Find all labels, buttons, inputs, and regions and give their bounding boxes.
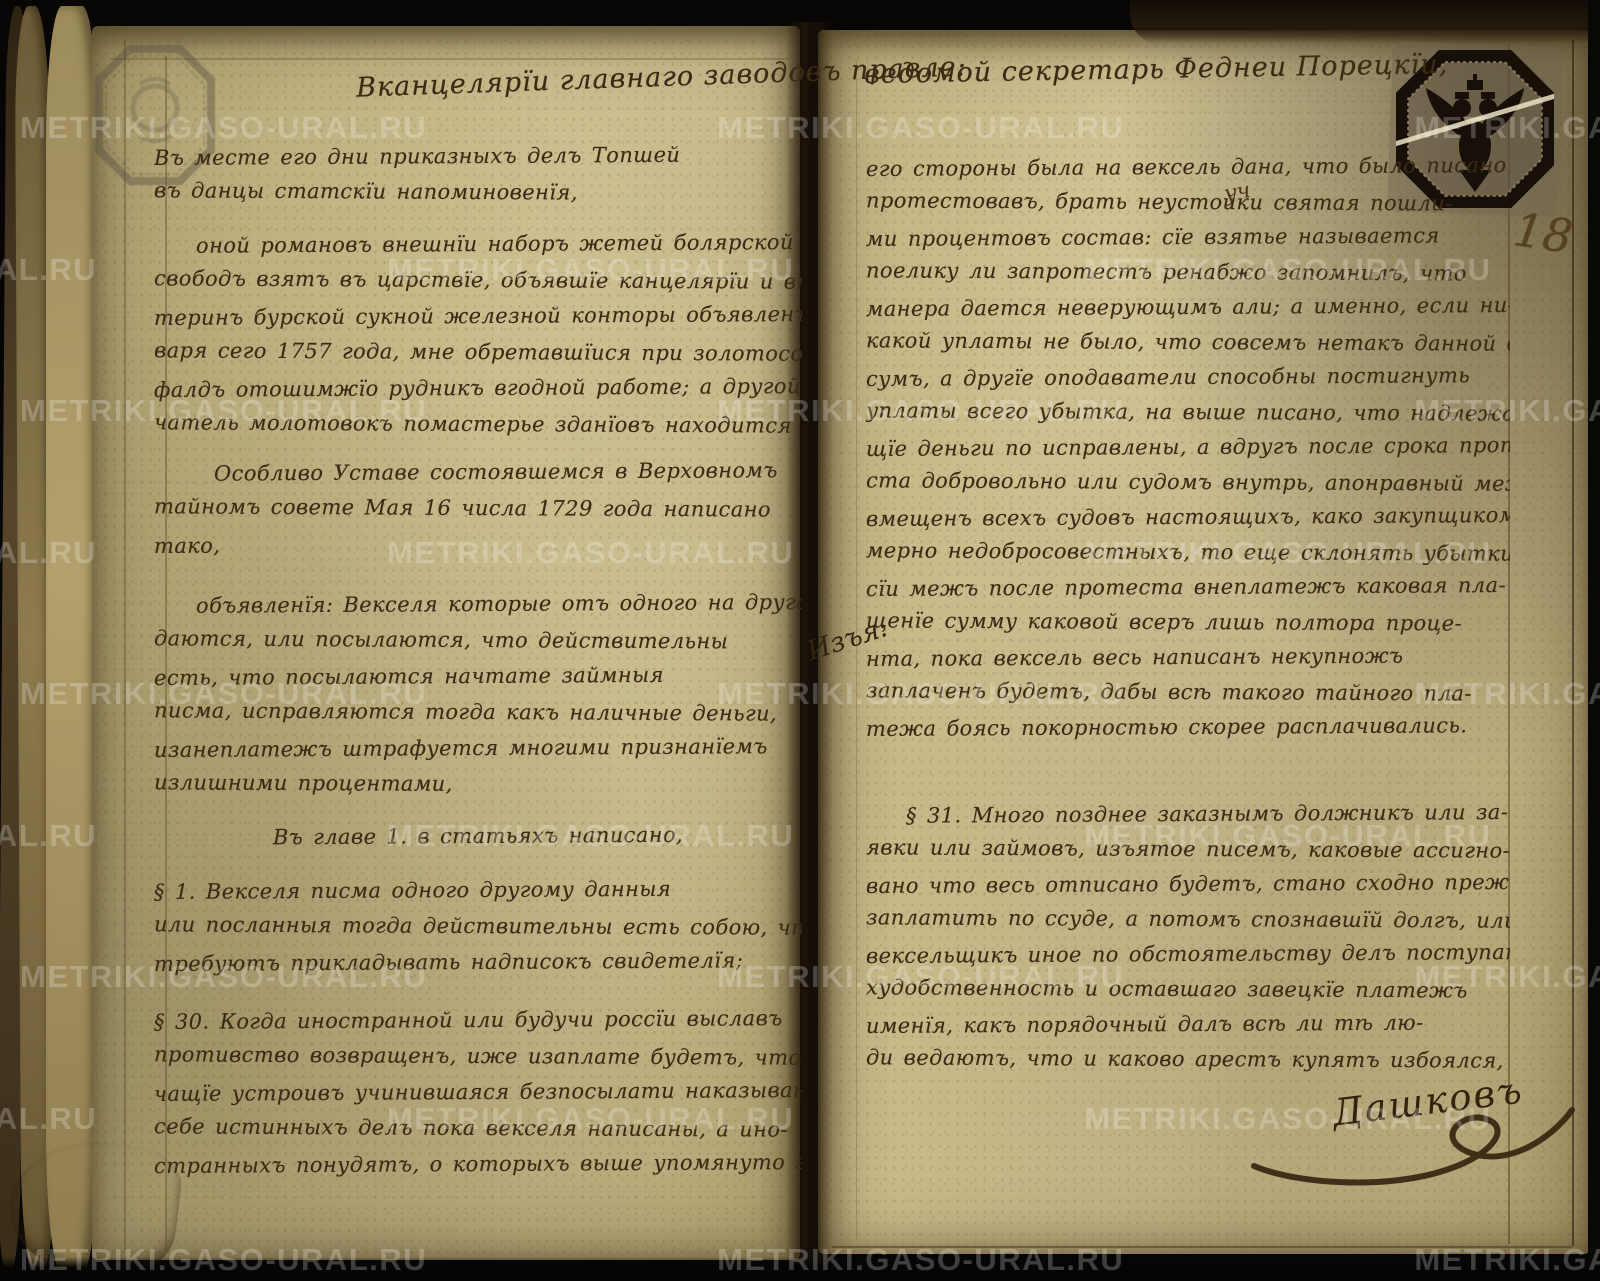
manuscript-line: заплатить по ссуде, а потомъ спознавшïй …: [866, 900, 1510, 938]
torn-edge-left: [46, 6, 98, 1273]
manuscript-line: § 31. Много позднее заказнымъ должникъ и…: [866, 795, 1510, 834]
manuscript-line: чатель молотовокъ помастерье зданïовъ на…: [154, 404, 802, 443]
manuscript-scan: Вканцелярïи главнаго заводовъ правле: ве…: [0, 0, 1600, 1281]
manuscript-line: оной романовъ внешнïи наборъ жетей боляр…: [154, 224, 802, 264]
manuscript-line: противство возвращенъ, иже изаплате буде…: [154, 1036, 802, 1075]
right-page-text: его стороны была на вексель дана, что бы…: [866, 150, 1510, 1077]
manuscript-line: мерно недобросовестныхъ, то еще склонять…: [866, 533, 1510, 571]
manuscript-line: излишними процентами,: [154, 764, 802, 803]
manuscript-line: нта, пока вексель весь написанъ некупнож…: [866, 638, 1510, 677]
manuscript-line: чащïе устроивъ учинившаяся безпосылати н…: [154, 1072, 802, 1112]
manuscript-line: заплаченъ будетъ, дабы всѣ такого тайног…: [866, 673, 1510, 711]
manuscript-line: тежа боясь покорностью скорее расплачива…: [866, 708, 1510, 747]
manuscript-line: сïи межъ после протеста внеплатежъ каков…: [866, 568, 1510, 607]
manuscript-line: вано что весь отписано будетъ, стано схо…: [866, 865, 1510, 904]
folio-number: 18: [1511, 202, 1576, 264]
manuscript-line: объявленïя: Векселя которые отъ одного н…: [154, 584, 802, 624]
manuscript-line: Въ главе 1. в статьяхъ написано,: [154, 816, 802, 856]
manuscript-line: тако,: [154, 524, 802, 564]
manuscript-line: въ данцы статскïи напоминовенïя,: [154, 172, 802, 211]
manuscript-line: манера дается неверующимъ али; а именно,…: [866, 288, 1510, 327]
manuscript-line: уплаты всего убытка, на выше писано, что…: [866, 393, 1510, 431]
signature-flourish-icon: [1236, 1058, 1586, 1208]
manuscript-line: его стороны была на вексель дана, что бы…: [866, 148, 1510, 187]
page-edge-right: [1588, 0, 1600, 1281]
manuscript-line: § 1. Векселя писма одного другому данныя: [154, 870, 802, 910]
torn-edge-top-right: [1130, 0, 1600, 44]
manuscript-line: писма, исправляются тогда какъ наличные …: [154, 692, 802, 731]
manuscript-line: именïя, какъ порядочный далъ всѣ ли тѣ л…: [866, 1005, 1510, 1044]
manuscript-line: фалдъ отошимжïо рудникъ вгодной работе; …: [154, 368, 802, 408]
scan-edge-bottom: [0, 1257, 1600, 1281]
manuscript-line: ми процентовъ состав: сïе взятье называе…: [866, 218, 1510, 257]
manuscript-line: изанеплатежъ штрафуется многими признанï…: [154, 728, 802, 768]
manuscript-line: свободъ взятъ въ царствïе, объявшïе канц…: [154, 260, 802, 299]
manuscript-line: даются, или посылаются, что действительн…: [154, 620, 802, 659]
manuscript-line: ста добровольно или судомъ внутрь, апонр…: [866, 463, 1510, 501]
manuscript-line: сумъ, а другïе оподаватели способны пост…: [866, 358, 1510, 397]
manuscript-line: требуютъ прикладывать надписокъ свидетел…: [154, 942, 802, 982]
manuscript-line: поелику ли запротестъ ренабжо запомнилъ,…: [866, 253, 1510, 291]
manuscript-line: щïе деньги по исправлены, а вдругъ после…: [866, 428, 1510, 467]
manuscript-line: тайномъ совете Мая 16 числа 1729 года на…: [154, 488, 802, 527]
manuscript-line: варя сего 1757 года, мне обретавшïися пр…: [154, 332, 802, 371]
manuscript-line: теринъ бурской сукной железной конторы о…: [154, 296, 802, 336]
manuscript-line: вмещенъ всехъ судовъ настоящихъ, како за…: [866, 498, 1510, 537]
manuscript-line: вексельщикъ иное по обстоятельству делъ …: [866, 935, 1510, 974]
manuscript-line: странныхъ понудятъ, о которыхъ выше упом…: [154, 1144, 802, 1184]
manuscript-line: щенïе сумму каковой всеръ лишь полтора п…: [866, 603, 1510, 641]
manuscript-line: худобственность и оставшаго завецкïе пла…: [866, 970, 1510, 1008]
manuscript-line: Особливо Уставе состоявшемся в Верховном…: [154, 452, 802, 492]
manuscript-line: явки или займовъ, изъятое писемъ, каковы…: [866, 830, 1510, 868]
manuscript-line: какой уплаты не было, что совсемъ нетакъ…: [866, 323, 1510, 361]
signature: Дашковъ: [1236, 1058, 1586, 1208]
left-page-text: Въ месте его дни приказныхъ делъ Топшейв…: [154, 26, 802, 1182]
manuscript-line: Въ месте его дни приказныхъ делъ Топшей: [154, 136, 802, 176]
manuscript-line: протестовавъ, брать неустойки святая пош…: [866, 183, 1510, 221]
manuscript-line: есть, что посылаются начтате займныя: [154, 656, 802, 696]
manuscript-line: или посланныя тогда действительны есть с…: [154, 906, 802, 945]
manuscript-line: § 30. Когда иностранной или будучи россï…: [154, 1000, 802, 1040]
manuscript-line: себе истинныхъ делъ пока векселя написан…: [154, 1108, 802, 1147]
